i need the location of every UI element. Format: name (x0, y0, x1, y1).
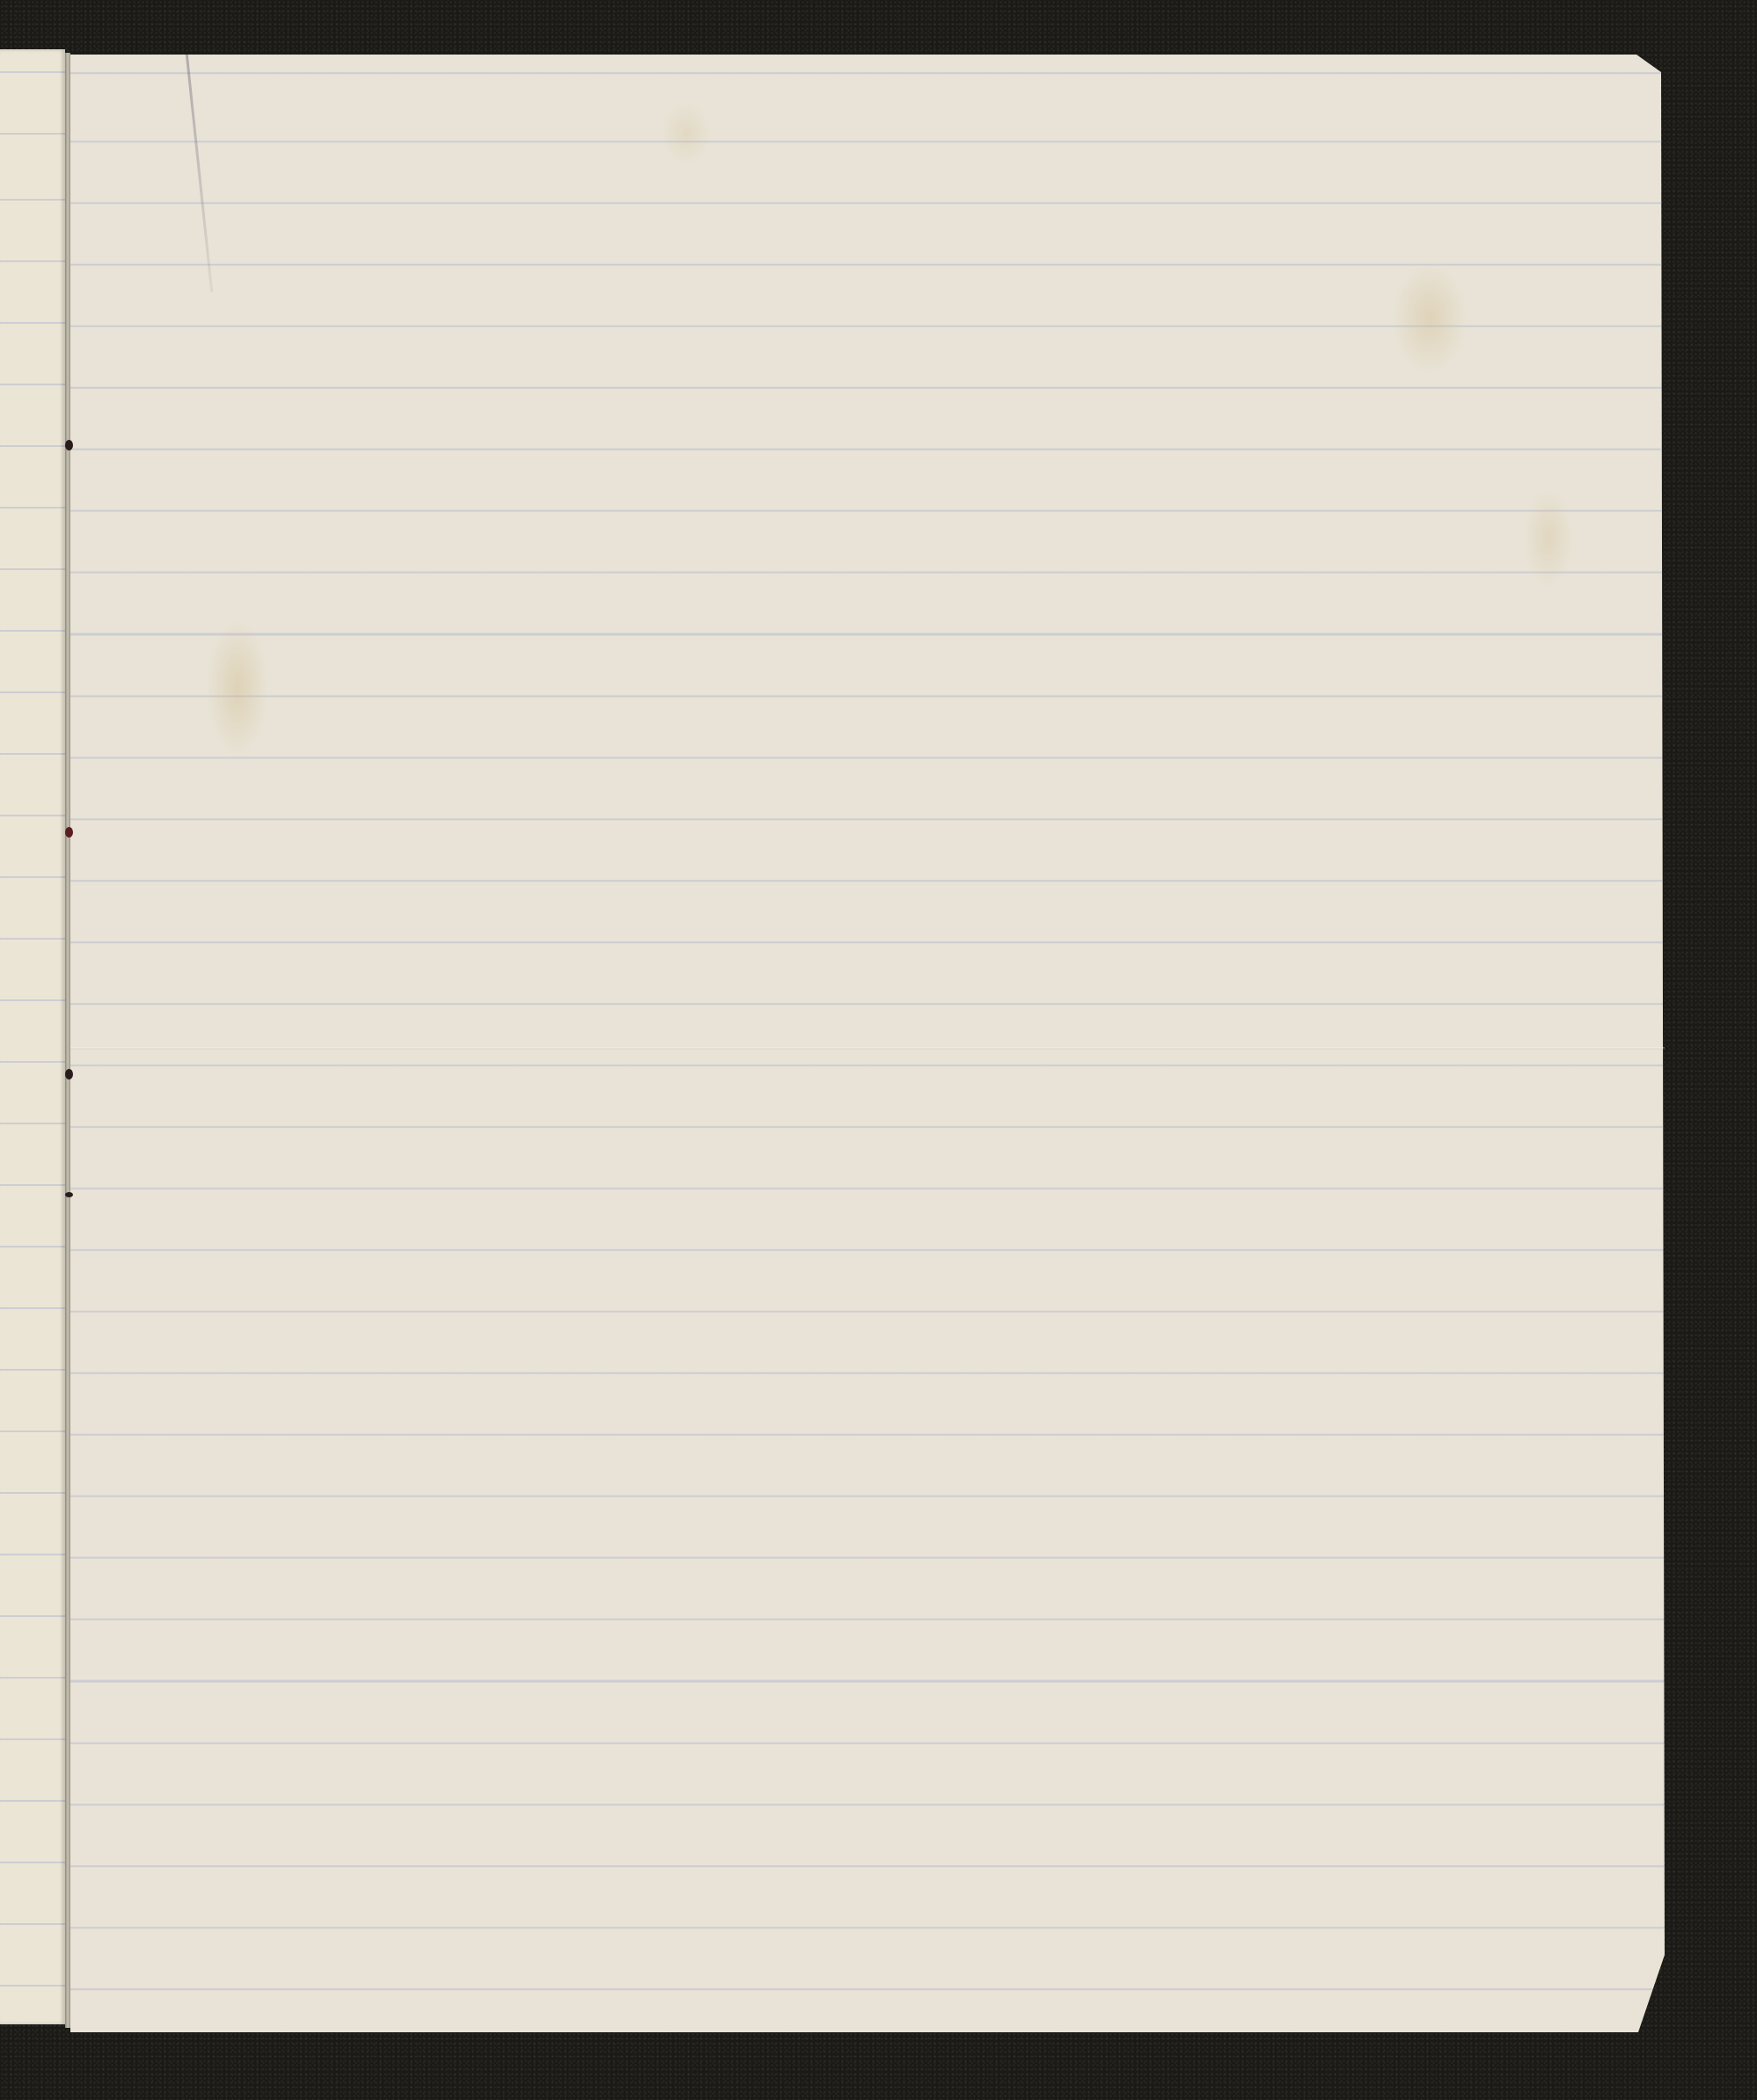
left-page-edge (0, 49, 65, 2024)
stitch-hole (65, 1069, 73, 1079)
notebook-spine (65, 53, 70, 2028)
stitch-hole (65, 440, 73, 450)
blank-ruled-page (70, 55, 1665, 2032)
horizontal-fold-crease (70, 1047, 1665, 1050)
stitch-hole (65, 1192, 73, 1197)
stitch-hole (65, 827, 73, 838)
